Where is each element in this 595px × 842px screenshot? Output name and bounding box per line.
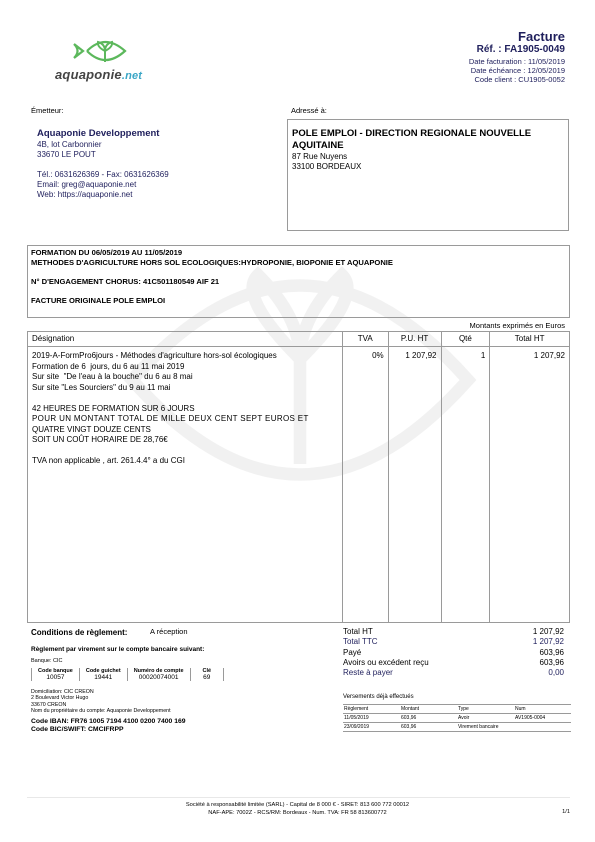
sender-email[interactable]: Email: greg@aquaponie.net [37,180,169,190]
item-qty: 1 [441,347,490,623]
sender-name: Aquaponie Developpement [37,128,169,140]
col-tva: TVA [342,332,388,347]
total-ttc-row: Total TTC1 207,92 [343,637,564,647]
item-designation: 2019-A-FormPro6jours - Méthodes d'agricu… [28,347,343,623]
recipient-address-line: 33100 BORDEAUX [292,162,562,172]
sender-address-line: 4B, lot Carbonnier [37,140,169,150]
company-logo: aquaponie.net [55,35,145,87]
table-row: 2019-A-FormPro6jours - Méthodes d'agricu… [28,347,570,623]
payment-conditions-label: Conditions de règlement: [31,628,127,637]
item-total-ht: 1 207,92 [490,347,570,623]
bank-transfer-title: Règlement par virement sur le compte ban… [31,646,204,653]
invoice-type: FACTURE ORIGINALE POLE EMPLOI [31,296,393,306]
logo-text: aquaponie.net [55,67,142,82]
iban: Code IBAN: FR76 1005 7194 4100 0200 7400… [31,718,186,726]
payments-made-title: Versements déjà effectués [343,694,414,700]
paid-row: Payé603,96 [343,648,564,658]
branch-code: 19441 [79,674,127,681]
col-qty: Qté [441,332,490,347]
footer-divider [27,797,570,798]
domiciliation: Domiciliation: CIC CREON 2 Boulevard Vic… [31,689,171,715]
col-designation: Désignation [28,332,343,347]
sender-phone: Tél.: 0631626369 - Fax: 0631626369 [37,170,169,180]
recipient-block: POLE EMPLOI - DIRECTION REGIONALE NOUVEL… [292,128,562,172]
payments-made-table: RèglementMontantTypeNum 11/05/2019603,96… [343,704,571,732]
item-tva: 0% [342,347,388,623]
item-pu-ht: 1 207,92 [388,347,441,623]
invoice-reference: Réf. : FA1905-0049 [477,44,565,55]
bank-details-table: Code banque Code guichet Numéro de compt… [31,668,224,681]
object-line: METHODES D'AGRICULTURE HORS SOL ECOLOGIQ… [31,258,393,268]
bank-name: Banque: CIC [31,658,63,664]
account-key: 69 [190,674,224,681]
bank-code: 10057 [32,674,80,681]
sender-web[interactable]: Web: https://aquaponie.net [37,190,169,200]
sender-label: Émetteur: [31,106,64,115]
table-row: 11/05/2019603,96AvoirAV1905-0004 [343,714,571,723]
bank-codes: Code IBAN: FR76 1005 7194 4100 0200 7400… [31,718,186,734]
recipient-name-cont: AQUITAINE [292,140,562,152]
table-row: 23/09/2019603,96Virement bancaire [343,723,571,732]
sender-address-line: 33670 LE POUT [37,150,169,160]
fish-sprout-icon [71,35,131,67]
document-title: Facture [518,29,565,44]
client-code: Code client : CU1905-0052 [469,76,565,85]
object-line: FORMATION DU 06/05/2019 AU 11/05/2019 [31,248,393,258]
total-ht-row: Total HT1 207,92 [343,627,564,637]
sender-block: Aquaponie Developpement 4B, lot Carbonni… [37,128,169,200]
currency-note: Montants exprimés en Euros [470,321,565,330]
bic-swift: Code BIC/SWIFT: CMCIFRPP [31,726,186,734]
payment-conditions-value: A réception [150,627,188,636]
page-number: 1/1 [562,809,570,815]
invoice-meta: Date facturation : 11/05/2019 Date échéa… [469,58,565,84]
account-number: 00020074001 [127,674,190,681]
chorus-number: N° D'ENGAGEMENT CHORUS: 41C501180549 AIF… [31,277,393,287]
credits-row: Avoirs ou excédent reçu603,96 [343,658,564,668]
recipient-label: Adressé à: [291,106,327,115]
totals-block: Total HT1 207,92 Total TTC1 207,92 Payé6… [343,627,564,678]
items-table: Désignation TVA P.U. HT Qté Total HT 201… [27,331,570,623]
col-pu-ht: P.U. HT [388,332,441,347]
col-total-ht: Total HT [490,332,570,347]
recipient-name: POLE EMPLOI - DIRECTION REGIONALE NOUVEL… [292,128,562,140]
object-text: FORMATION DU 06/05/2019 AU 11/05/2019 ME… [31,248,393,305]
legal-footer: Société à responsabilité limitée (SARL) … [0,801,595,817]
remaining-row: Reste à payer0,00 [343,668,564,678]
payments-header-row: RèglementMontantTypeNum [343,705,571,714]
recipient-address-line: 87 Rue Nuyens [292,152,562,162]
